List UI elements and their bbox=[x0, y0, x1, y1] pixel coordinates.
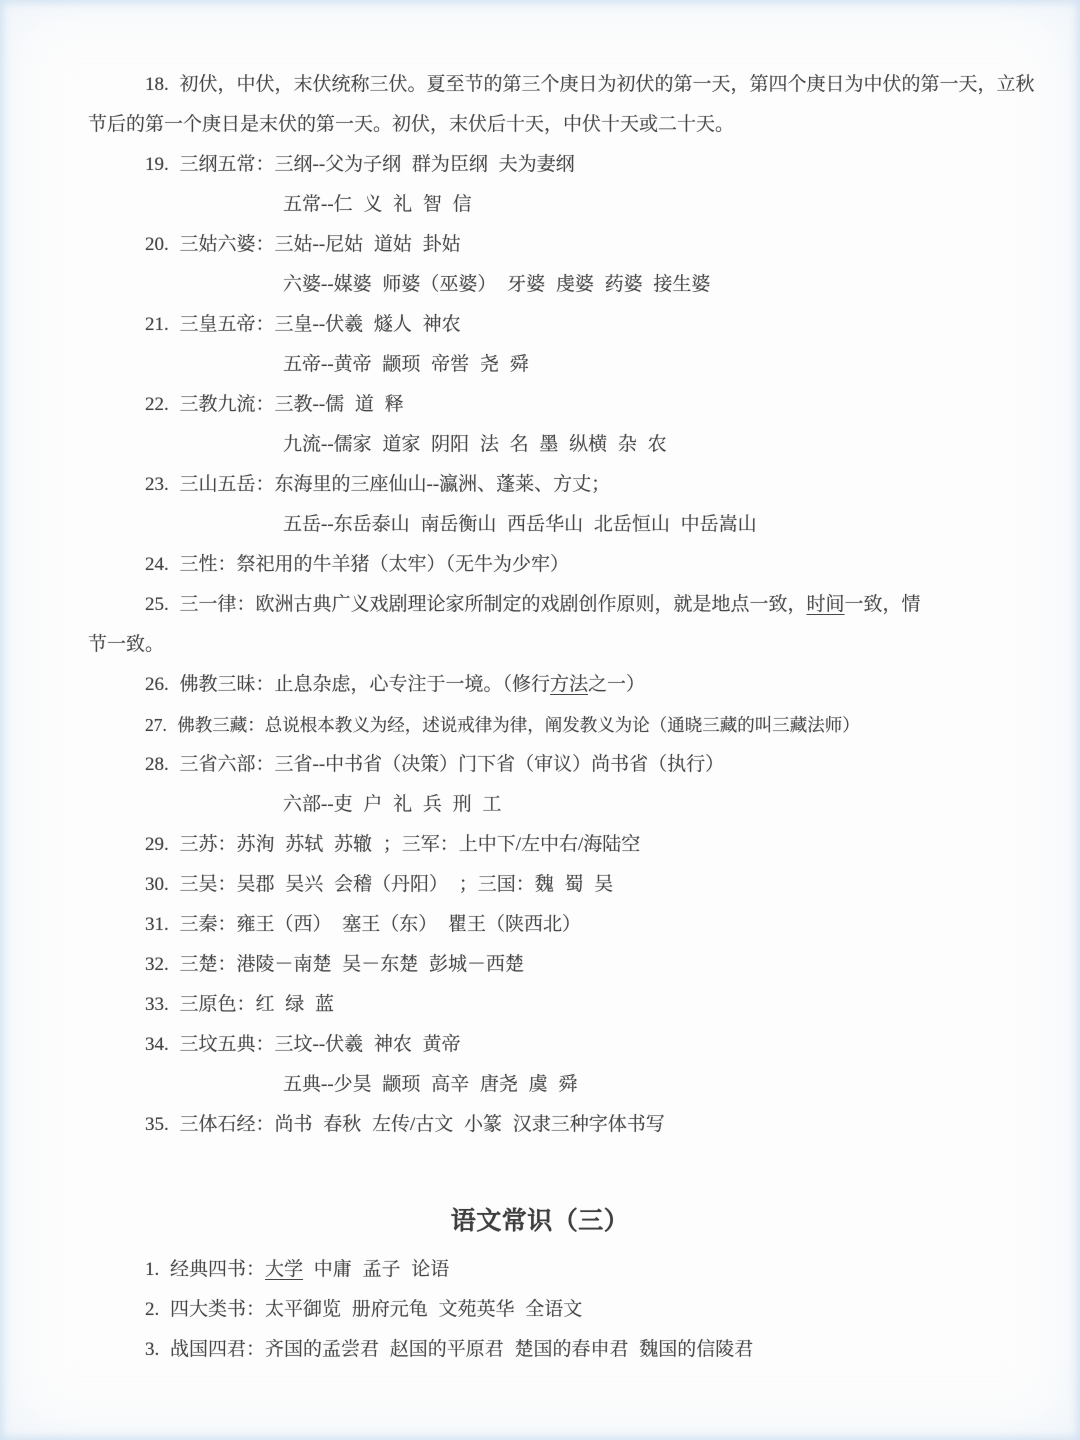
entry-23-line-1: 23. 三山五岳：东海里的三座仙山--瀛洲、蓬莱、方丈； bbox=[88, 465, 992, 505]
entry-28-line-1: 28. 三省六部：三省--中书省（决策）门下省（审议）尚书省（执行） bbox=[88, 745, 992, 785]
entry-21-line-1: 21. 三皇五帝：三皇--伏羲 燧人 神农 bbox=[88, 305, 992, 345]
entry-25-line-2: 节一致。 bbox=[88, 625, 992, 665]
section-heading: 语文常识（三） bbox=[88, 1200, 992, 1244]
entry-31-line-1: 31. 三秦：雍王（西） 塞王（东） 瞿王（陕西北） bbox=[88, 905, 992, 945]
entry-s2-3-line-1: 3. 战国四君：齐国的孟尝君 赵国的平原君 楚国的春申君 魏国的信陵君 bbox=[88, 1330, 992, 1370]
entry-s2-1-text-post: 中庸 孟子 论语 bbox=[303, 1259, 449, 1280]
entry-25-text-pre: 25. 三一律：欧洲古典广义戏剧理论家所制定的戏剧创作原则，就是地点一致， bbox=[145, 594, 807, 615]
entry-19-line-1: 19. 三纲五常：三纲--父为子纲 群为臣纲 夫为妻纲 bbox=[88, 145, 992, 185]
entry-25-text-post: 一致，情 bbox=[845, 594, 921, 615]
entry-s2-1-line-1: 1. 经典四书：大学 中庸 孟子 论语 bbox=[88, 1250, 992, 1290]
entry-22-line-2: 九流--儒家 道家 阴阳 法 名 墨 纵横 杂 农 bbox=[88, 425, 992, 465]
entry-26-text-pre: 26. 佛教三昧：止息杂虑，心专注于一境。（修行 bbox=[145, 674, 550, 695]
entry-28-line-2: 六部--吏 户 礼 兵 刑 工 bbox=[88, 785, 992, 825]
entry-s2-2-line-1: 2. 四大类书：太平御览 册府元龟 文苑英华 全语文 bbox=[88, 1290, 992, 1330]
entry-34-line-2: 五典--少昊 颛顼 高辛 唐尧 虞 舜 bbox=[88, 1065, 992, 1105]
entry-s2-1-text-pre: 1. 经典四书： bbox=[145, 1259, 265, 1280]
entry-18-line-2: 节后的第一个庚日是末伏的第一天。初伏，末伏后十天，中伏十天或二十天。 bbox=[88, 105, 992, 145]
entry-22-line-1: 22. 三教九流：三教--儒 道 释 bbox=[88, 385, 992, 425]
entry-26-underlined-term: 方法 bbox=[550, 674, 588, 695]
entry-26-text-post: 之一） bbox=[588, 674, 645, 695]
entry-23-line-2: 五岳--东岳泰山 南岳衡山 西岳华山 北岳恒山 中岳嵩山 bbox=[88, 505, 992, 545]
entry-25-line-1: 25. 三一律：欧洲古典广义戏剧理论家所制定的戏剧创作原则，就是地点一致，时间一… bbox=[88, 585, 992, 625]
entry-20-line-1: 20. 三姑六婆：三姑--尼姑 道姑 卦姑 bbox=[88, 225, 992, 265]
document-content: 18. 初伏，中伏，末伏统称三伏。夏至节的第三个庚日为初伏的第一天，第四个庚日为… bbox=[0, 0, 1080, 1370]
document-page: 18. 初伏，中伏，末伏统称三伏。夏至节的第三个庚日为初伏的第一天，第四个庚日为… bbox=[0, 0, 1080, 1440]
entry-34-line-1: 34. 三坟五典：三坟--伏羲 神农 黄帝 bbox=[88, 1025, 992, 1065]
entry-27-line-1: 27. 佛教三藏：总说根本教义为经，述说戒律为律，阐发教义为论（通晓三藏的叫三藏… bbox=[88, 705, 992, 745]
entry-33-line-1: 33. 三原色：红 绿 蓝 bbox=[88, 985, 992, 1025]
entry-26-line-1: 26. 佛教三昧：止息杂虑，心专注于一境。（修行方法之一） bbox=[88, 665, 992, 705]
entry-29-line-1: 29. 三苏：苏洵 苏轼 苏辙 ；三军：上中下/左中右/海陆空 bbox=[88, 825, 992, 865]
entry-21-line-2: 五帝--黄帝 颛顼 帝喾 尧 舜 bbox=[88, 345, 992, 385]
entry-20-line-2: 六婆--媒婆 师婆（巫婆） 牙婆 虔婆 药婆 接生婆 bbox=[88, 265, 992, 305]
entry-19-line-2: 五常--仁 义 礼 智 信 bbox=[88, 185, 992, 225]
entry-24-line-1: 24. 三性：祭祀用的牛羊猪（太牢）（无牛为少牢） bbox=[88, 545, 992, 585]
entry-18-line-1: 18. 初伏，中伏，末伏统称三伏。夏至节的第三个庚日为初伏的第一天，第四个庚日为… bbox=[88, 65, 992, 105]
entry-25-underlined-term: 时间 bbox=[807, 594, 845, 615]
entry-30-line-1: 30. 三吴：吴郡 吴兴 会稽（丹阳） ；三国：魏 蜀 吴 bbox=[88, 865, 992, 905]
entry-s2-1-underlined-term: 大学 bbox=[265, 1259, 303, 1280]
entry-35-line-1: 35. 三体石经：尚书 春秋 左传/古文 小篆 汉隶三种字体书写 bbox=[88, 1105, 992, 1145]
entry-32-line-1: 32. 三楚：港陵－南楚 吴－东楚 彭城－西楚 bbox=[88, 945, 992, 985]
